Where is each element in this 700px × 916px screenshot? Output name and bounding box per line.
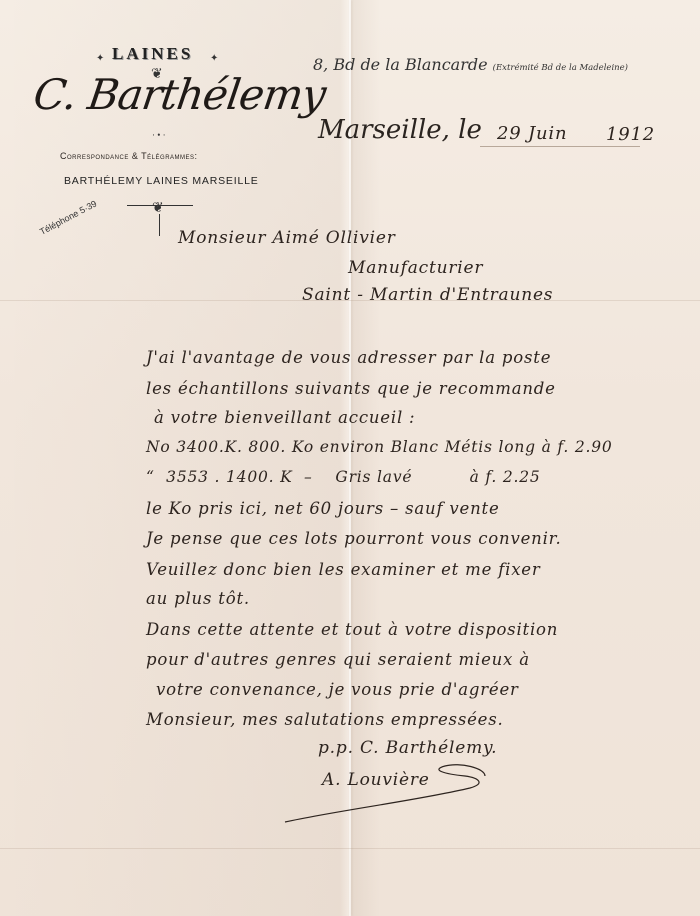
body-line: les échantillons suivants que je recomma… xyxy=(146,379,556,398)
body-line: au plus tôt. xyxy=(146,589,250,608)
date-year: 1912 xyxy=(606,124,655,145)
correspondence-label: Correspondance & Télégrammes: xyxy=(60,151,198,161)
recipient-title: Manufacturier xyxy=(348,258,483,278)
paper-fold-horizontal xyxy=(0,848,700,849)
date-day-month: 29 Juin xyxy=(497,123,567,144)
body-line: J'ai l'avantage de vous adresser par la … xyxy=(146,348,551,367)
recipient-location: Saint - Martin d'Entraunes xyxy=(302,285,553,305)
address-main: 8, Bd de la Blancarde xyxy=(313,55,488,74)
divider xyxy=(159,214,160,236)
body-line: Je pense que ces lots pourront vous conv… xyxy=(146,529,562,548)
address-note: (Extrémité Bd de la Madeleine) xyxy=(493,63,628,73)
body-line: No 3400.K. 800. Ko environ Blanc Métis l… xyxy=(146,438,613,456)
telegram-address: BARTHÉLEMY LAINES MARSEILLE xyxy=(64,175,259,187)
star-icon: ✦ xyxy=(96,48,104,66)
ornament-icon: · • · xyxy=(152,130,166,140)
recipient-name: Monsieur Aimé Ollivier xyxy=(178,228,396,248)
body-line: le Ko pris ici, net 60 jours – sauf vent… xyxy=(146,499,500,518)
address: 8, Bd de la Blancarde (Extrémité Bd de l… xyxy=(313,55,628,74)
letterhead-category: LAINES xyxy=(112,44,193,64)
signature-flourish-icon xyxy=(280,760,500,830)
company-name: C. Barthélemy xyxy=(31,70,329,119)
body-line: pour d'autres genres qui seraient mieux … xyxy=(146,650,530,669)
body-line: votre convenance, je vous prie d'agréer xyxy=(156,680,519,699)
body-line: Monsieur, mes salutations empressées. xyxy=(146,710,504,729)
body-line: “ 3553 . 1400. K – Gris lavé à f. 2.25 xyxy=(146,468,541,486)
signature-per-procuration: p.p. C. Barthélemy. xyxy=(318,738,497,758)
place-prefix: Marseille, le xyxy=(318,115,482,145)
date-underline xyxy=(480,146,640,147)
ornament-icon: ❦ xyxy=(152,200,164,217)
body-line: à votre bienveillant accueil : xyxy=(154,408,415,427)
body-line: Veuillez donc bien les examiner et me fi… xyxy=(146,560,541,579)
telephone-number: Téléphone 5·39 xyxy=(38,198,98,236)
body-line: Dans cette attente et tout à votre dispo… xyxy=(146,620,558,639)
star-icon: ✦ xyxy=(210,48,218,66)
